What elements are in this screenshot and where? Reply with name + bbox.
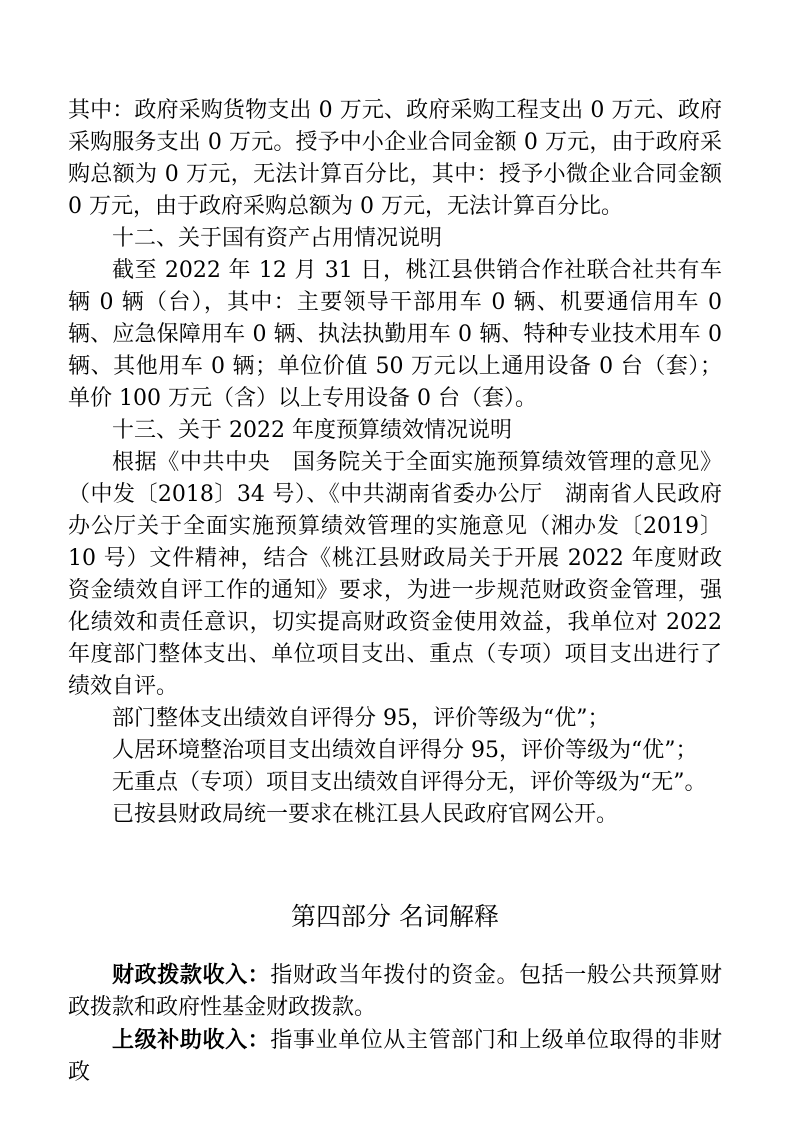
section-heading: 十二、关于国有资产占用情况说明 [68, 223, 722, 255]
body-paragraph: 无重点（专项）项目支出绩效自评得分无，评价等级为“无”。 [68, 767, 722, 799]
definition-term: 财政拨款收入： [112, 962, 270, 988]
document-content: 其中：政府采购货物支出 0 万元、政府采购工程支出 0 万元、政府采购服务支出 … [68, 95, 722, 1089]
body-paragraph: 人居环境整治项目支出绩效自评得分 95，评价等级为“优”； [68, 735, 722, 767]
section-heading: 十三、关于 2022 年度预算绩效情况说明 [68, 415, 722, 447]
body-paragraph: 根据《中共中央 国务院关于全面实施预算绩效管理的意见》（中发〔2018〕34 号… [68, 447, 722, 703]
body-paragraph: 已按县财政局统一要求在桃江县人民政府官网公开。 [68, 799, 722, 831]
body-paragraph: 部门整体支出绩效自评得分 95，评价等级为“优”； [68, 703, 722, 735]
document-page: 其中：政府采购货物支出 0 万元、政府采购工程支出 0 万元、政府采购服务支出 … [0, 0, 793, 1122]
body-paragraph: 其中：政府采购货物支出 0 万元、政府采购工程支出 0 万元、政府采购服务支出 … [68, 95, 722, 223]
definition-paragraph: 上级补助收入：指事业单位从主管部门和上级单位取得的非财政 [68, 1024, 722, 1089]
part-title: 第四部分 名词解释 [68, 900, 722, 934]
definition-term: 上级补助收入： [112, 1027, 270, 1053]
definition-paragraph: 财政拨款收入：指财政当年拨付的资金。包括一般公共预算财政拨款和政府性基金财政拨款… [68, 959, 722, 1024]
body-paragraph: 截至 2022 年 12 月 31 日，桃江县供销合作社联合社共有车辆 0 辆（… [68, 255, 722, 415]
